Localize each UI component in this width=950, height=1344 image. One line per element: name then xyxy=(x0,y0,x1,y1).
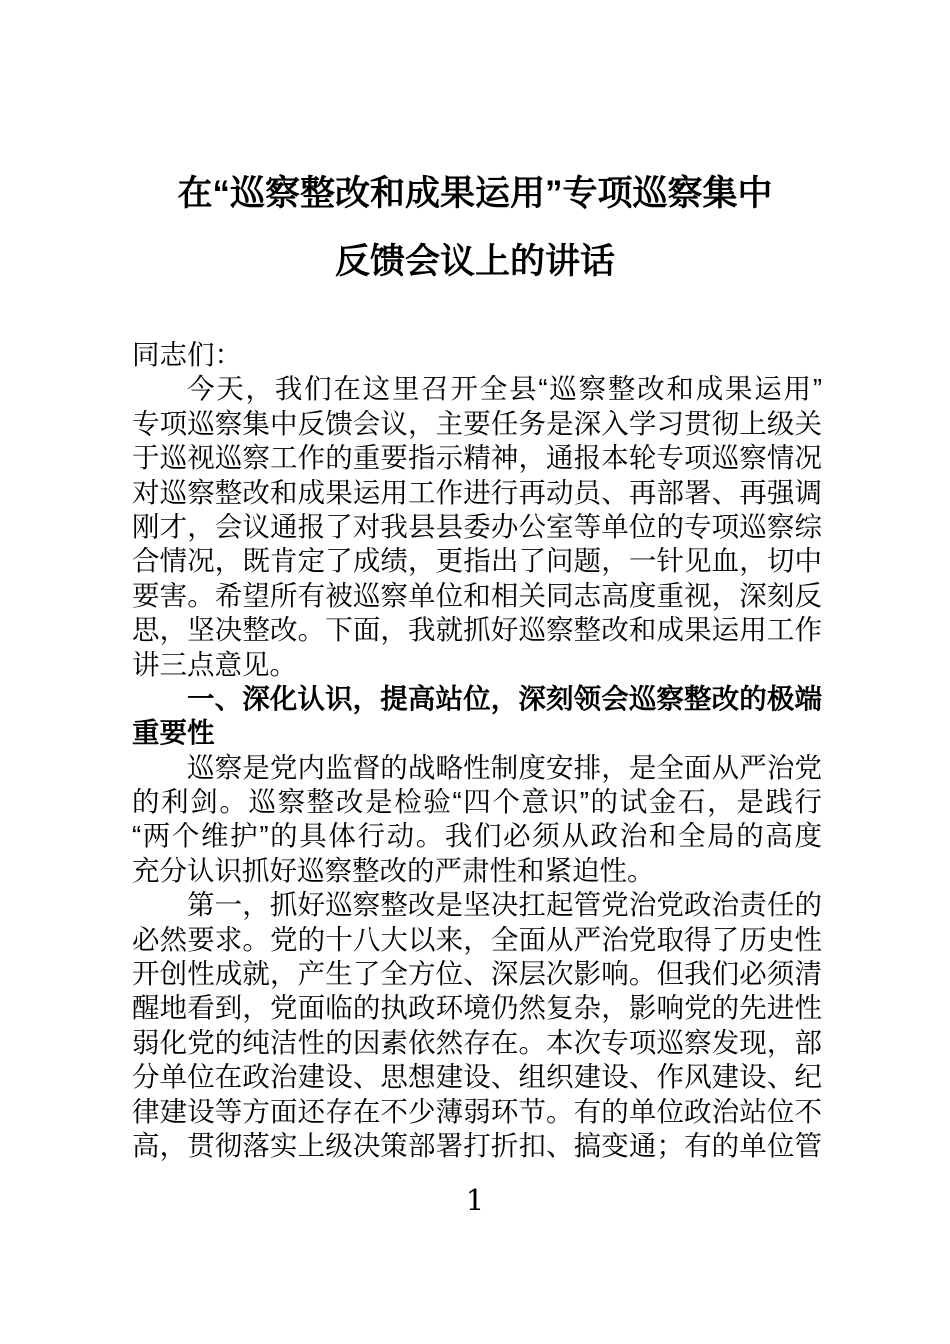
body-line-24: 高，贯彻落实上级决策部署打折扣、搞变通；有的单位管 xyxy=(132,1129,822,1163)
document-page: 在“巡察整改和成果运用”专项巡察集中 反馈会议上的讲话 同志们：今天，我们在这里… xyxy=(0,0,950,1344)
body-line-6: 刚才，会议通报了对我县县委办公室等单位的专项巡察综 xyxy=(132,510,822,544)
body-line-22: 分单位在政治建设、思想建设、组织建设、作风建设、纪 xyxy=(132,1060,822,1094)
body-line-19: 开创性成就，产生了全方位、深层次影响。但我们必须清 xyxy=(132,957,822,991)
document-title: 在“巡察整改和成果运用”专项巡察集中 反馈会议上的讲话 xyxy=(0,160,950,296)
body-line-13: 巡察是党内监督的战略性制度安排，是全面从严治党 xyxy=(132,751,822,785)
body-line-12: 重要性 xyxy=(132,716,822,750)
body-line-2: 今天，我们在这里召开全县“巡察整改和成果运用” xyxy=(132,372,822,406)
body-line-14: 的利剑。巡察整改是检验“四个意识”的试金石，是践行 xyxy=(132,785,822,819)
body-line-16: 充分认识抓好巡察整改的严肃性和紧迫性。 xyxy=(132,854,822,888)
body-line-10: 讲三点意见。 xyxy=(132,648,822,682)
page-number-footer: 1 xyxy=(0,1183,950,1217)
body-line-21: 弱化党的纯洁性的因素依然存在。本次专项巡察发现，部 xyxy=(132,1026,822,1060)
body-line-4: 于巡视巡察工作的重要指示精神，通报本轮专项巡察情况 xyxy=(132,441,822,475)
body-line-7: 合情况，既肯定了成绩，更指出了问题，一针见血，切中 xyxy=(132,544,822,578)
title-line-2: 反馈会议上的讲话 xyxy=(0,228,950,296)
body-line-1: 同志们： xyxy=(132,338,822,372)
body-line-15: “两个维护”的具体行动。我们必须从政治和全局的高度 xyxy=(132,819,822,853)
page-number: 1 xyxy=(466,1183,484,1217)
body-line-23: 律建设等方面还存在不少薄弱环节。有的单位政治站位不 xyxy=(132,1095,822,1129)
body-line-8: 要害。希望所有被巡察单位和相关同志高度重视，深刻反 xyxy=(132,579,822,613)
body-line-18: 必然要求。党的十八大以来，全面从严治党取得了历史性 xyxy=(132,923,822,957)
body-line-20: 醒地看到，党面临的执政环境仍然复杂，影响党的先进性 xyxy=(132,991,822,1025)
document-body: 同志们：今天，我们在这里召开全县“巡察整改和成果运用”专项巡察集中反馈会议，主要… xyxy=(132,338,822,1163)
title-line-1: 在“巡察整改和成果运用”专项巡察集中 xyxy=(0,160,950,228)
body-line-9: 思，坚决整改。下面，我就抓好巡察整改和成果运用工作 xyxy=(132,613,822,647)
body-line-3: 专项巡察集中反馈会议，主要任务是深入学习贯彻上级关 xyxy=(132,407,822,441)
body-line-17: 第一，抓好巡察整改是坚决扛起管党治党政治责任的 xyxy=(132,888,822,922)
body-line-5: 对巡察整改和成果运用工作进行再动员、再部署、再强调 xyxy=(132,476,822,510)
body-line-11: 一、深化认识，提高站位，深刻领会巡察整改的极端 xyxy=(132,682,822,716)
